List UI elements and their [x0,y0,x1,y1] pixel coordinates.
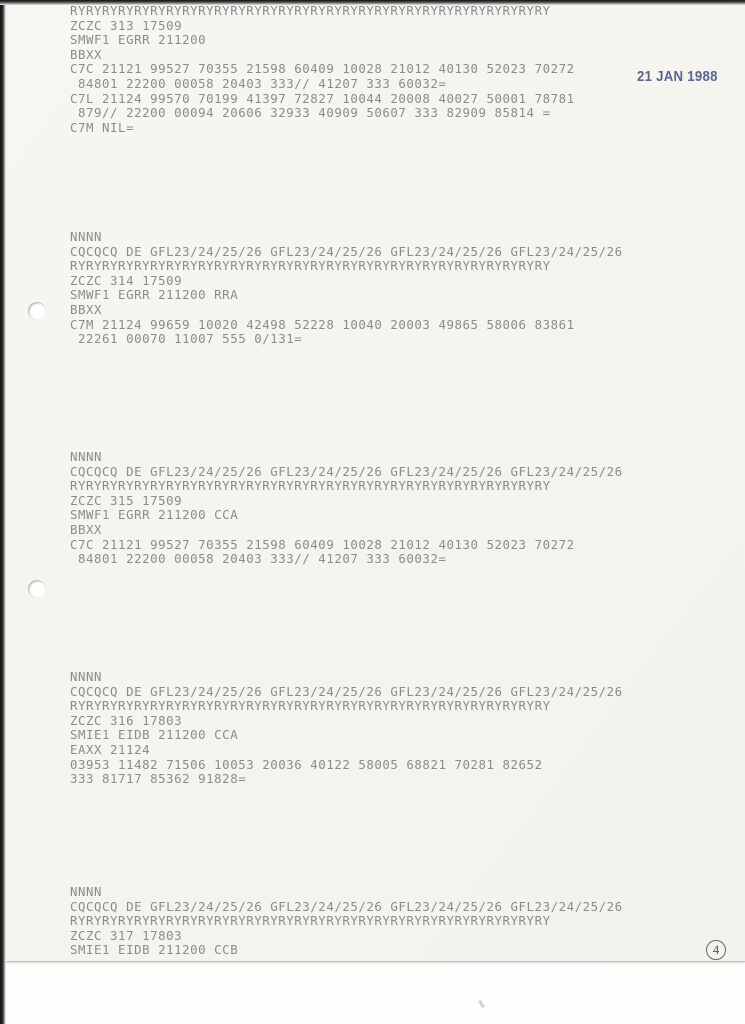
scanner-left-edge [0,0,6,1024]
teleprinter-line: EAXX 21124 [70,743,623,758]
teleprinter-line: ZCZC 314 17509 [70,274,623,289]
teleprinter-line: C7L 21124 99570 70199 41397 72827 10044 … [70,92,575,107]
teleprinter-line: RYRYRYRYRYRYRYRYRYRYRYRYRYRYRYRYRYRYRYRY… [70,699,623,714]
teleprinter-line: SMIE1 EIDB 211200 CCB [70,943,623,958]
bulletin-message-313: RYRYRYRYRYRYRYRYRYRYRYRYRYRYRYRYRYRYRYRY… [70,4,575,135]
teleprinter-line: NNNN [70,885,623,900]
bulletin-message-315: NNNNCQCQCQ DE GFL23/24/25/26 GFL23/24/25… [70,450,623,567]
teleprinter-line: RYRYRYRYRYRYRYRYRYRYRYRYRYRYRYRYRYRYRYRY… [70,4,575,19]
teleprinter-line: ZCZC 317 17803 [70,929,623,944]
received-date-stamp: 21 JAN 1988 [637,68,718,85]
teleprinter-line: SMIE1 EIDB 211200 CCA [70,728,623,743]
teleprinter-line: RYRYRYRYRYRYRYRYRYRYRYRYRYRYRYRYRYRYRYRY… [70,259,623,274]
teleprinter-line: BBXX [70,303,623,318]
teleprinter-line: BBXX [70,523,623,538]
teleprinter-line: C7C 21121 99527 70355 21598 60409 10028 … [70,538,623,553]
teleprinter-line: 879// 22200 00094 20606 32933 40909 5060… [70,106,575,121]
teleprinter-line: SMWF1 EGRR 211200 RRA [70,288,623,303]
teleprinter-line: 84801 22200 00058 20403 333// 41207 333 … [70,77,575,92]
teleprinter-line: BBXX [70,48,575,63]
teleprinter-line: ZCZC 315 17509 [70,494,623,509]
teleprinter-line: 22261 00070 11007 555 0/131= [70,332,623,347]
teleprinter-line: RYRYRYRYRYRYRYRYRYRYRYRYRYRYRYRYRYRYRYRY… [70,914,623,929]
teleprinter-line: CQCQCQ DE GFL23/24/25/26 GFL23/24/25/26 … [70,900,623,915]
teleprinter-line: NNNN [70,450,623,465]
bulletin-message-317: NNNNCQCQCQ DE GFL23/24/25/26 GFL23/24/25… [70,885,623,958]
teleprinter-line: CQCQCQ DE GFL23/24/25/26 GFL23/24/25/26 … [70,685,623,700]
teleprinter-line: C7M NIL= [70,121,575,136]
teleprinter-line: NNNN [70,230,623,245]
teleprinter-line: ZCZC 316 17803 [70,714,623,729]
teleprinter-line: CQCQCQ DE GFL23/24/25/26 GFL23/24/25/26 … [70,245,623,260]
teleprinter-line: ZCZC 313 17509 [70,19,575,34]
teleprinter-line: RYRYRYRYRYRYRYRYRYRYRYRYRYRYRYRYRYRYRYRY… [70,479,623,494]
punch-hole-top [28,302,46,320]
teleprinter-line: C7C 21121 99527 70355 21598 60409 10028 … [70,62,575,77]
teleprinter-line: SMWF1 EGRR 211200 CCA [70,508,623,523]
teleprinter-line: 03953 11482 71506 10053 20036 40122 5800… [70,758,623,773]
teleprinter-line: NNNN [70,670,623,685]
punch-hole-bottom [28,580,46,598]
teleprinter-line: SMWF1 EGRR 211200 [70,33,575,48]
handwritten-page-number: 4 [706,940,726,960]
teleprinter-line: 333 81717 85362 91828= [70,772,623,787]
bulletin-message-316: NNNNCQCQCQ DE GFL23/24/25/26 GFL23/24/25… [70,670,623,787]
teleprinter-line: CQCQCQ DE GFL23/24/25/26 GFL23/24/25/26 … [70,465,623,480]
teleprinter-line: 84801 22200 00058 20403 333// 41207 333 … [70,552,623,567]
bulletin-message-314: NNNNCQCQCQ DE GFL23/24/25/26 GFL23/24/25… [70,230,623,347]
teleprinter-line: C7M 21124 99659 10020 42498 52228 10040 … [70,318,623,333]
